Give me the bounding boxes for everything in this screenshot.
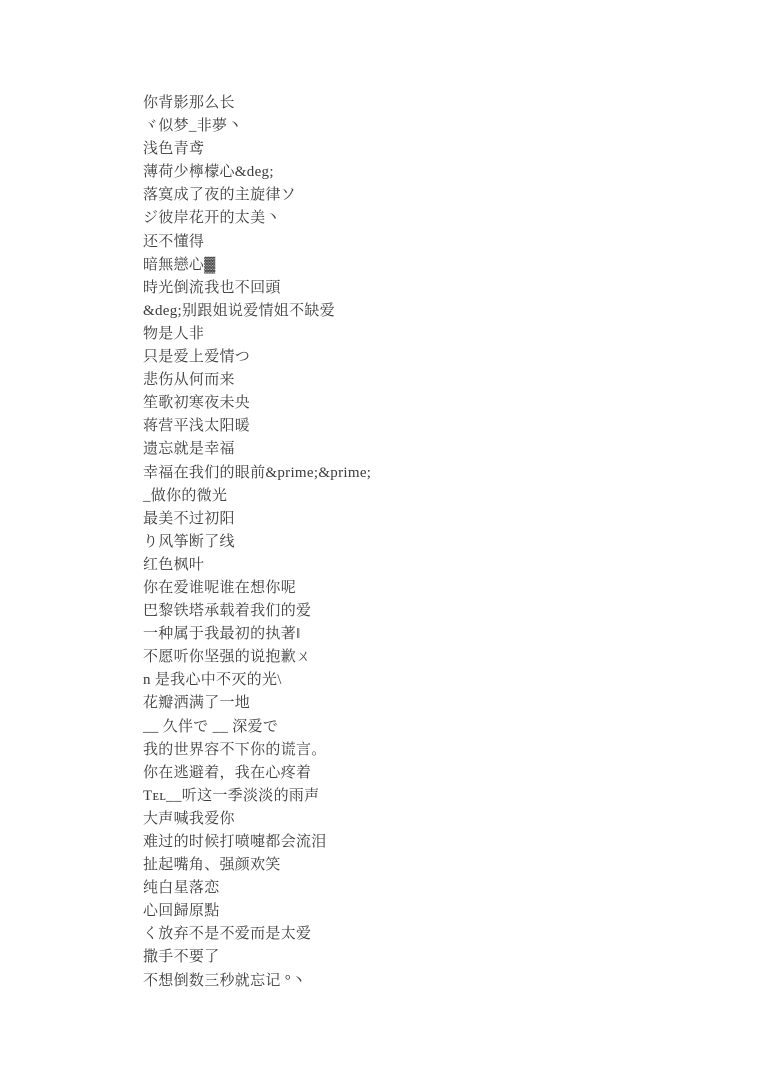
text-line: ジ彼岸花开的太美丶	[143, 207, 703, 230]
document-page: 你背影那么长 ヾ似梦_非夢丶 浅色青鸢 薄荷少檸檬心&deg; 落寞成了夜的主旋…	[0, 0, 763, 1080]
text-line: 撒手不要了	[143, 946, 703, 969]
text-line: 花瓣洒满了一地	[143, 692, 703, 715]
text-line: 只是爱上爱情つ	[143, 346, 703, 369]
text-line: 暗無戀心▓	[143, 254, 703, 277]
text-line: 笙歌初寒夜未央	[143, 392, 703, 415]
text-line: 心回歸原點	[143, 900, 703, 923]
text-line: 浅色青鸢	[143, 138, 703, 161]
text-line: 你在爱谁呢谁在想你呢	[143, 577, 703, 600]
text-line: 你在逃避着，我在心疼着	[143, 762, 703, 785]
text-line: 最美不过初阳	[143, 508, 703, 531]
text-line: 你背影那么长	[143, 92, 703, 115]
text-line: __ 久伴で __ 深爱で	[143, 716, 703, 739]
text-line: n 是我心中不灭的光\	[143, 669, 703, 692]
text-line: 不愿听你坚强的说抱歉ㄨ	[143, 646, 703, 669]
text-line: 悲伤从何而来	[143, 369, 703, 392]
text-line: 我的世界容不下你的谎言。	[143, 739, 703, 762]
text-line: 遗忘就是幸福	[143, 438, 703, 461]
text-line: _做你的微光	[143, 485, 703, 508]
text-line: 薄荷少檸檬心&deg;	[143, 161, 703, 184]
text-line: Tᴇʟ__听这一季淡淡的雨声	[143, 785, 703, 808]
text-line: 物是人非	[143, 323, 703, 346]
text-line: ヾ似梦_非夢丶	[143, 115, 703, 138]
text-line-list: 你背影那么长 ヾ似梦_非夢丶 浅色青鸢 薄荷少檸檬心&deg; 落寞成了夜的主旋…	[143, 92, 703, 993]
text-line: 扯起嘴角、强颜欢笑	[143, 854, 703, 877]
text-line: く放弃不是不爱而是太爱	[143, 923, 703, 946]
text-line: 不想倒数三秒就忘记 °丶	[143, 970, 703, 993]
text-line: 红色枫叶	[143, 554, 703, 577]
text-line: 落寞成了夜的主旋律ソ	[143, 184, 703, 207]
text-line: り风筝断了线	[143, 531, 703, 554]
text-line: 一种属于我最初的执著‖	[143, 623, 703, 646]
text-line: 幸福在我们的眼前&prime;&prime;	[143, 462, 703, 485]
text-line: 还不懂得	[143, 231, 703, 254]
text-line: &deg;别跟姐说爱情姐不缺爱	[143, 300, 703, 323]
text-line: 大声喊我爱你	[143, 808, 703, 831]
text-line: 难过的时候打喷嚏都会流泪	[143, 831, 703, 854]
text-line: 巴黎铁塔承载着我们的爱	[143, 600, 703, 623]
text-line: 時光倒流我也不回頭	[143, 277, 703, 300]
text-line: 纯白星落恋	[143, 877, 703, 900]
text-line: 蒋营平浅太阳暖	[143, 415, 703, 438]
